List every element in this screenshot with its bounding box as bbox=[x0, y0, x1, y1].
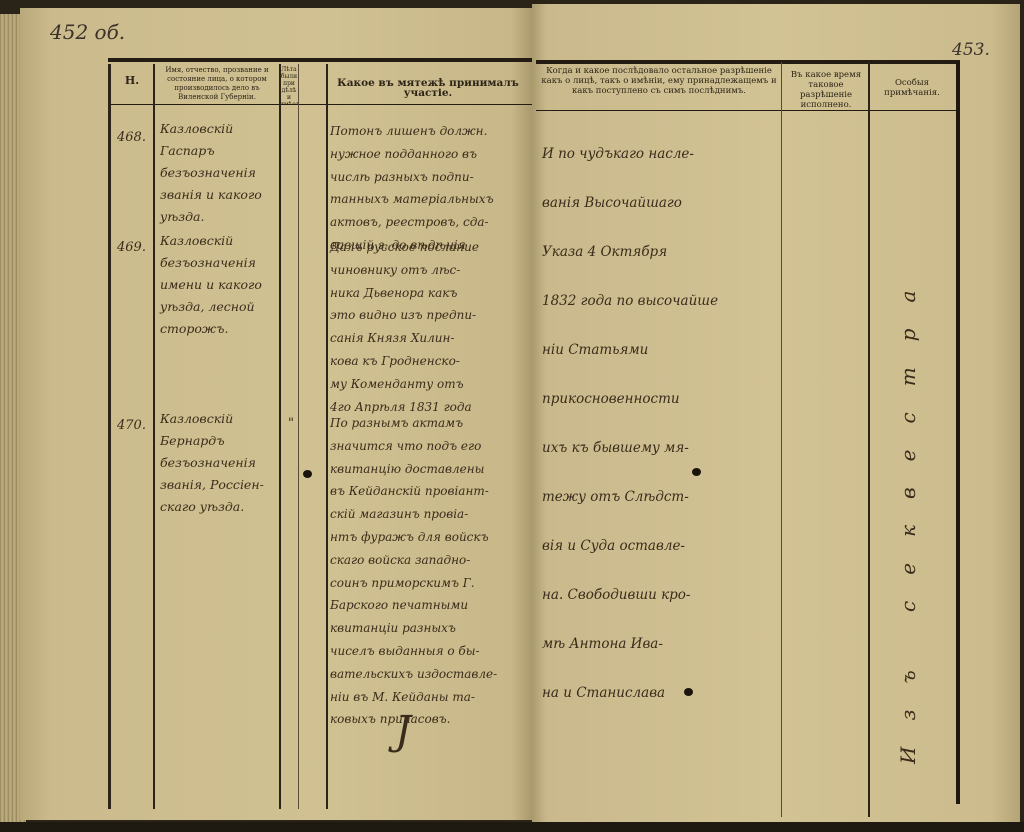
name-line: имени и какого bbox=[160, 274, 278, 296]
name-line: Казловскій bbox=[160, 408, 278, 430]
left-folio-number: 452 об. bbox=[50, 20, 125, 44]
participation-line: чиселъ выданныя о бы- bbox=[330, 640, 530, 663]
name-line: скаго уѣзда. bbox=[160, 496, 278, 518]
left-border-line bbox=[108, 64, 111, 809]
header-bottom-rule bbox=[108, 104, 532, 105]
name-line: Казловскій bbox=[160, 230, 278, 252]
entry-number: 469. bbox=[117, 240, 146, 255]
column-header-years: Лѣта были при дѣлѣ и имѣется о томъ свѣд… bbox=[280, 66, 298, 104]
resolution-line: ихъ къ бывшему мя- bbox=[542, 424, 782, 473]
resolution-line: вія и Суда оставле- bbox=[542, 522, 782, 571]
name-line: Казловскій bbox=[160, 118, 278, 140]
resolution-line: Указа 4 Октября bbox=[542, 228, 782, 277]
participation-line: По разнымъ актамъ bbox=[330, 412, 530, 435]
entry-name: Казловскій безъозначенія имени и какого … bbox=[160, 230, 278, 340]
participation-line: му Коменданту отъ bbox=[330, 373, 530, 396]
right-folio-number: 453. bbox=[952, 40, 990, 60]
resolution-line: прикосновенности bbox=[542, 375, 782, 424]
entry-number: 468. bbox=[117, 130, 146, 145]
ditto-mark: " bbox=[288, 416, 294, 431]
participation-line: скій магазинъ провіа- bbox=[330, 503, 530, 526]
participation-line: санія Князя Хилин- bbox=[330, 327, 530, 350]
name-line: сторожъ. bbox=[160, 318, 278, 340]
column-header-remarks: Особыя примѣчанія. bbox=[870, 78, 954, 98]
participation-line: нужное подданного въ bbox=[330, 143, 530, 166]
participation-line: соинъ приморскимъ Г. bbox=[330, 572, 530, 595]
participation-line: числѣ разныхъ подпи- bbox=[330, 166, 530, 189]
resolution-line: тежу отъ Слѣдст- bbox=[542, 473, 782, 522]
column-divider bbox=[298, 64, 299, 809]
name-line: безъозначенія bbox=[160, 162, 278, 184]
entry-number: 470. bbox=[117, 418, 146, 433]
participation-line: ника Дьвенора какъ bbox=[330, 282, 530, 305]
name-line: Бернардъ bbox=[160, 430, 278, 452]
participation-line: въ Кейданскій провіант- bbox=[330, 480, 530, 503]
participation-line: нтъ фуражъ для войскъ bbox=[330, 526, 530, 549]
book-bottom-shadow bbox=[0, 822, 1024, 832]
resolution-line: мѣ Антона Ива- bbox=[542, 620, 782, 669]
paper-hole bbox=[684, 688, 693, 696]
column-header-participation: Какое въ мятежѣ принималъ участіе. bbox=[328, 78, 528, 98]
name-line: уѣзда, лесной bbox=[160, 296, 278, 318]
name-line: званія, Россіен- bbox=[160, 474, 278, 496]
participation-line: это видно изъ предпи- bbox=[330, 304, 530, 327]
right-border-line bbox=[956, 62, 960, 804]
participation-line: Потонъ лишенъ должн. bbox=[330, 120, 530, 143]
initial-flourish-mark: J bbox=[395, 708, 411, 754]
column-divider bbox=[326, 64, 328, 809]
name-line: званія и какого bbox=[160, 184, 278, 206]
name-line: безъозначенія bbox=[160, 452, 278, 474]
participation-line: Далъ русское послание bbox=[330, 236, 530, 259]
column-header-name: Имя, отчество, прозвание и состояние лиц… bbox=[156, 66, 278, 102]
participation-line: квитанцію доставлены bbox=[330, 458, 530, 481]
participation-line: квитанціи разныхъ bbox=[330, 617, 530, 640]
participation-line: ніи въ М. Кейданы та- bbox=[330, 686, 530, 709]
participation-line: ковыхъ припасовъ. bbox=[330, 708, 530, 731]
entry-name: Казловскій Бернардъ безъозначенія званія… bbox=[160, 408, 278, 518]
resolution-line: на. Свободивши кро- bbox=[542, 571, 782, 620]
participation-line: актовъ, реестровъ, сда- bbox=[330, 211, 530, 234]
resolution-line: ніи Статьями bbox=[542, 326, 782, 375]
participation-line: скаго войска западно- bbox=[330, 549, 530, 572]
participation-line: чиновнику отъ лѣс- bbox=[330, 259, 530, 282]
column-header-number: Н. bbox=[112, 76, 152, 86]
participation-line: танныхъ матеріальныхъ bbox=[330, 188, 530, 211]
left-page: 452 об. Н. Имя, отчество, прозвание и со… bbox=[20, 8, 532, 820]
column-divider bbox=[279, 64, 281, 809]
participation-line: кова къ Гродненско- bbox=[330, 350, 530, 373]
right-page: 453. Когда и какое послѣдовало остальное… bbox=[532, 4, 1020, 824]
header-top-rule bbox=[108, 58, 532, 62]
header-top-rule bbox=[536, 60, 960, 64]
entry-participation: Далъ русское послание чиновнику отъ лѣс-… bbox=[330, 236, 530, 418]
entry-name: Казловскій Гаспаръ безъозначенія званія … bbox=[160, 118, 278, 228]
paper-hole bbox=[303, 470, 312, 478]
participation-line: Барского печатными bbox=[330, 594, 530, 617]
name-line: безъозначенія bbox=[160, 252, 278, 274]
paper-hole bbox=[692, 468, 701, 476]
name-line: Гаспаръ bbox=[160, 140, 278, 162]
participation-line: значится что подъ его bbox=[330, 435, 530, 458]
column-divider bbox=[868, 62, 870, 817]
column-divider bbox=[153, 64, 155, 809]
resolution-line: 1832 года по высочайше bbox=[542, 277, 782, 326]
column-header-executed: Въ какое время таковое разрѣшеніе исполн… bbox=[784, 70, 868, 110]
participation-line: вательскихъ издоставле- bbox=[330, 663, 530, 686]
header-bottom-rule bbox=[536, 110, 960, 111]
resolution-line: И по чудъкаго насле- bbox=[542, 130, 782, 179]
resolution-text: И по чудъкаго насле- ванія Высочайшаго У… bbox=[542, 130, 782, 718]
remarks-vertical-text: Изъ секвестра bbox=[896, 144, 920, 764]
name-line: уѣзда. bbox=[160, 206, 278, 228]
resolution-line: на и Станислава bbox=[542, 669, 782, 718]
entry-participation: По разнымъ актамъ значится что подъ его … bbox=[330, 412, 530, 731]
column-header-resolution: Когда и какое послѣдовало остальное разр… bbox=[538, 66, 780, 96]
resolution-line: ванія Высочайшаго bbox=[542, 179, 782, 228]
